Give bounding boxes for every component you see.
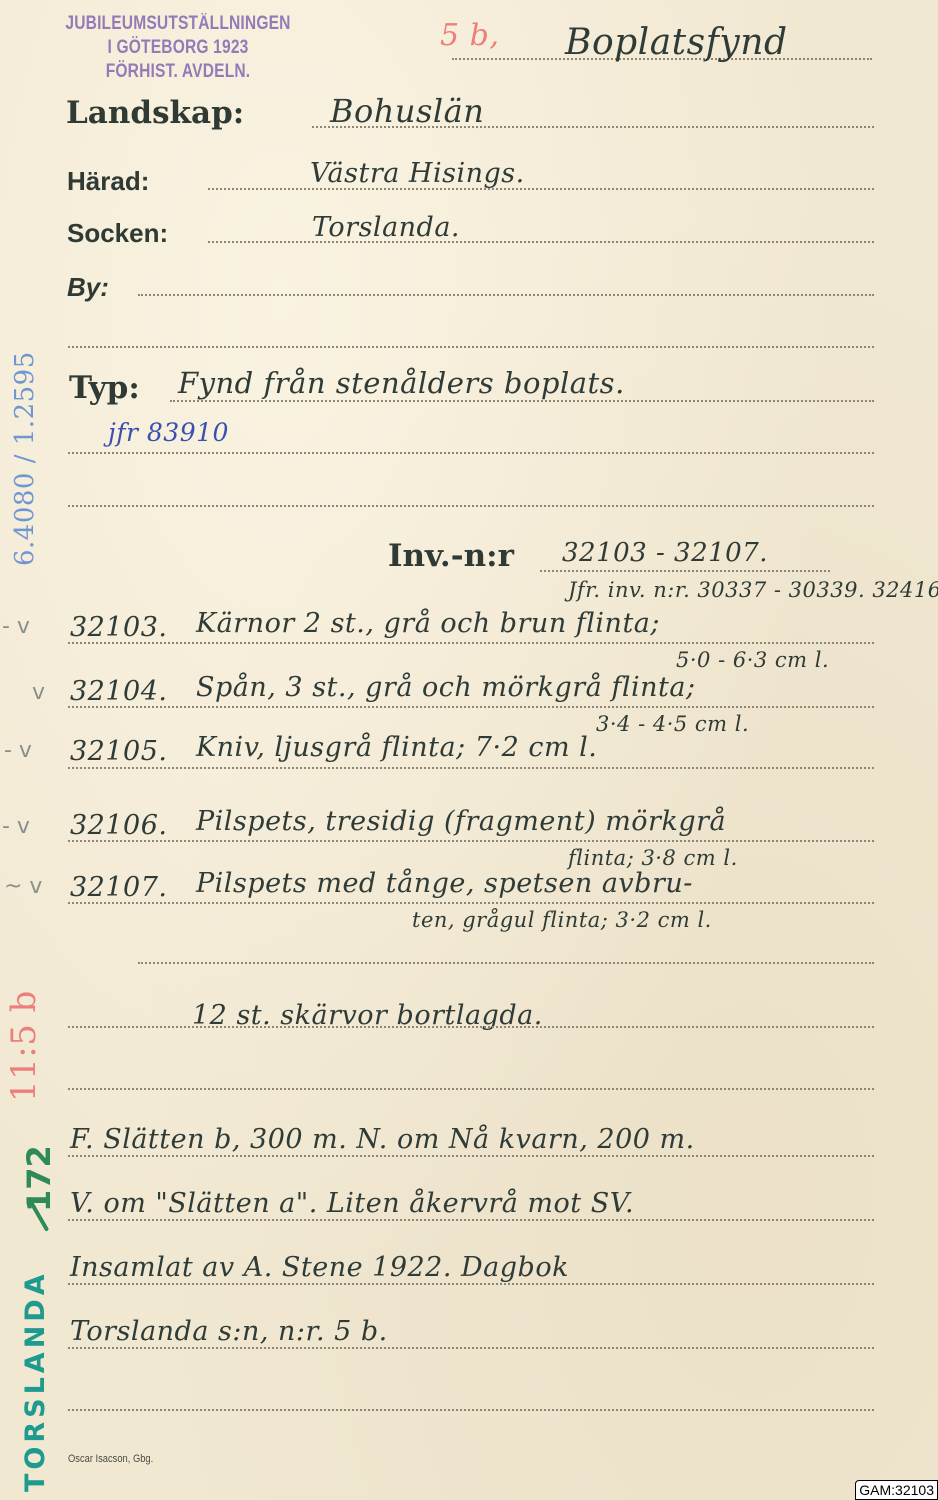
item-description-continued: ten, grågul flinta; 3·2 cm l. [412,908,712,932]
red-card-number: 5 b, [440,18,499,53]
typ-label: Typ: [69,370,140,406]
typ-cross-reference: jfr 83910 [108,418,229,447]
item-description-continued: 3·4 - 4·5 cm l. [596,712,749,736]
blank-dotline-2 [68,452,874,454]
item-description: Pilspets med tånge, spetsen avbru- [196,868,693,899]
item-number: 32103. [70,612,167,643]
item-dotline [68,767,874,769]
item-number: 32104. [70,676,167,707]
check-mark: ~ v [4,874,42,899]
typ-dotline [170,400,874,402]
exhibition-stamp: JUBILEUMSUTSTÄLLNINGEN I GÖTEBORG 1923 F… [55,12,301,84]
findspot-line: Insamlat av A. Stene 1922. Dagbok [70,1252,569,1283]
inventory-dotline [540,570,830,572]
blank-dotline-1 [68,346,874,348]
item-description: Kärnor 2 st., grå och brun flinta; [196,608,660,639]
item-description: Spån, 3 st., grå och mörkgrå flinta; [196,672,696,703]
item-description: Kniv, ljusgrå flinta; 7·2 cm l. [196,732,597,763]
harad-dotline [208,188,874,190]
item-description-continued: 5·0 - 6·3 cm l. [676,648,829,672]
item-number: 32105. [70,736,167,767]
check-mark: - v [2,614,30,639]
green-margin-number: 172 [20,1145,58,1212]
socken-dotline [208,241,874,243]
harad-value: Västra Hisings. [310,158,525,189]
landskap-value: Bohuslän [330,92,484,130]
findspot-line: V. om "Slätten a". Liten åkervrå mot SV. [70,1188,634,1219]
inventory-label: Inv.-n:r [388,538,514,574]
check-mark: - v [4,738,32,763]
item-number: 32106. [70,810,167,841]
blank-dotline-3 [68,505,874,507]
item-dotline [68,840,874,842]
findspot-dotline [68,1347,874,1349]
item-description-continued: flinta; 3·8 cm l. [568,846,738,870]
typ-value: Fynd från stenålders boplats. [178,366,625,400]
item-dotline [68,706,874,708]
landskap-label: Landskap: [66,95,244,131]
socken-label: Socken: [67,218,168,249]
catalog-card: JUBILEUMSUTSTÄLLNINGEN I GÖTEBORG 1923 F… [0,0,938,1500]
red-pencil-margin-note: 11:5 b [4,990,44,1102]
stamp-line-2: I GÖTEBORG 1923 [55,36,301,60]
blue-pencil-margin-note: 6.4080 / 1.2595 [10,351,40,566]
inventory-range: 32103 - 32107. [562,538,768,568]
check-mark: - v [2,814,30,839]
category-title: Boplatsfynd [565,22,787,63]
by-label: By: [67,272,109,303]
findspot-line: Torslanda s:n, n:r. 5 b. [70,1316,388,1347]
stamp-line-1: JUBILEUMSUTSTÄLLNINGEN [55,12,301,36]
findspot-dotline [68,1155,874,1157]
item-description: Pilspets, tresidig (fragment) mörkgrå [196,806,726,837]
discarded-dotline [68,1026,874,1028]
blank-dotline-6 [68,1409,874,1411]
harad-label: Härad: [67,166,149,197]
by-dotline [138,294,874,296]
item-dotline [68,642,874,644]
blank-dotline-5 [68,1088,874,1090]
printer-imprint: Oscar Isacson, Gbg. [68,1453,153,1465]
check-mark: v [32,680,45,705]
inventory-cross-reference: Jfr. inv. n:r. 30337 - 30339. 32416 - 32… [568,578,938,602]
findspot-dotline [68,1219,874,1221]
stamp-line-3: FÖRHIST. AVDELN. [55,60,301,84]
item-dotline [68,902,874,904]
socken-value: Torslanda. [312,212,460,243]
blank-dotline-4 [138,962,874,964]
printed-parish-label: TORSLANDA [20,1270,51,1492]
catalog-id-label: GAM:32103 [855,1480,938,1500]
findspot-dotline [68,1283,874,1285]
findspot-line: F. Slätten b, 300 m. N. om Nå kvarn, 200… [70,1124,695,1155]
item-number: 32107. [70,872,167,903]
